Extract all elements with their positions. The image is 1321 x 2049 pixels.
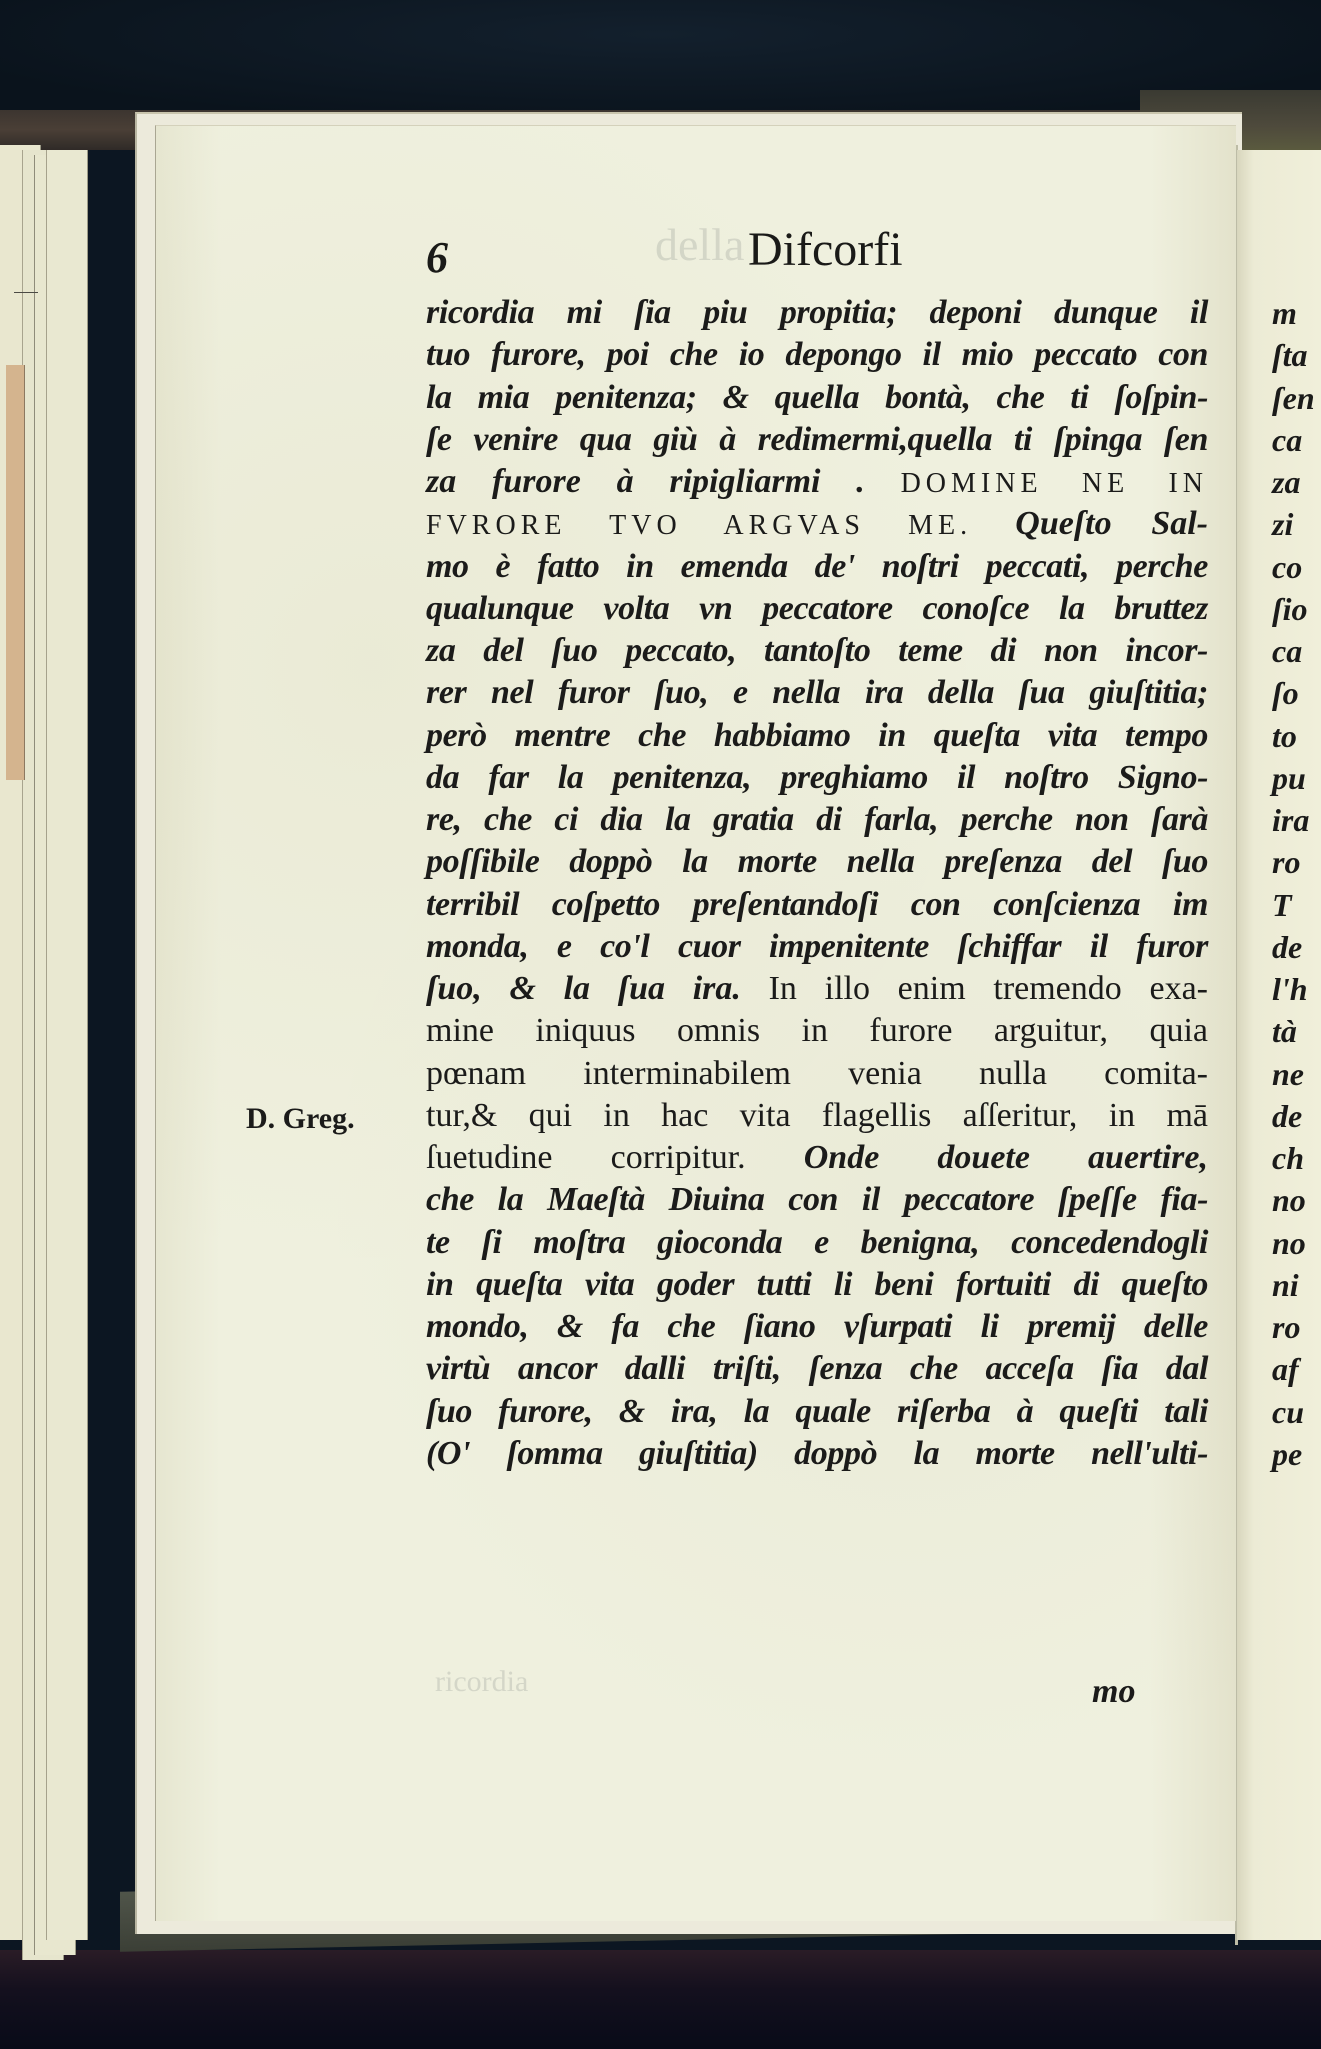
text-line: poſſibile doppò la morte nella preſenza … — [426, 841, 1208, 883]
text-line: ſe venire qua giù à redimermi,quella ti … — [426, 419, 1208, 461]
margin-note: D. Greg. — [246, 1102, 355, 1136]
text-segment: ſuetudine corripitur. — [426, 1139, 804, 1176]
text-line: za furore à ripigliarmi . DOMINE NE IN — [426, 461, 1208, 503]
text-segment: terribil coſpetto preſentandoſi con conſ… — [426, 886, 1208, 923]
text-segment: Queſto Sal- — [1015, 505, 1208, 542]
bleed-through-header: della — [655, 218, 744, 271]
facing-line-fragment: ne — [1272, 1053, 1321, 1095]
text-line: (O' ſomma giuſtitia) doppò la morte nell… — [426, 1433, 1208, 1475]
facing-line-fragment: de — [1272, 1095, 1321, 1137]
text-line: qualunque volta vn peccatore conoſce la … — [426, 588, 1208, 630]
facing-line-fragment: ca — [1272, 630, 1321, 672]
text-segment: ſe venire qua giù à redimermi,quella ti … — [426, 421, 1208, 458]
facing-line-fragment: pu — [1272, 757, 1321, 799]
text-line: tur,& qui in hac vita flagellis aſſeritu… — [426, 1095, 1208, 1137]
text-segment: mine iniquus omnis in furore arguitur, q… — [426, 1012, 1208, 1049]
text-segment: za del ſuo peccato, tantoſto teme di non… — [426, 632, 1208, 669]
text-line: tuo furore, poi che io depongo il mio pe… — [426, 334, 1208, 376]
facing-line-fragment: ch — [1272, 1137, 1321, 1179]
text-segment: FVRORE TVO ARGVAS ME. — [426, 510, 1015, 541]
facing-line-fragment: ſio — [1272, 588, 1321, 630]
text-segment: (O' ſomma giuſtitia) doppò la morte nell… — [426, 1435, 1208, 1472]
facing-line-fragment: ro — [1272, 841, 1321, 883]
page-number: 6 — [426, 232, 448, 283]
text-line: re, che ci dia la gratia di farla, perch… — [426, 799, 1208, 841]
text-segment: monda, e co'l cuor impenitente ſchiffar … — [426, 928, 1208, 965]
text-segment: mondo, & fa che ſiano vſurpati li premij… — [426, 1308, 1208, 1345]
facing-line-fragment: de — [1272, 926, 1321, 968]
facing-line-fragment: cu — [1272, 1391, 1321, 1433]
facing-line-fragment: pe — [1272, 1433, 1321, 1475]
tab-edge-line — [14, 292, 38, 293]
facing-line-fragment: T — [1272, 884, 1321, 926]
text-segment: za furore à ripigliarmi . — [426, 463, 901, 500]
text-segment: che la Maeſtà Diuina con il peccatore ſp… — [426, 1181, 1208, 1218]
text-segment: Onde douete auertire, — [804, 1139, 1208, 1176]
text-line: monda, e co'l cuor impenitente ſchiffar … — [426, 926, 1208, 968]
text-segment: poſſibile doppò la morte nella preſenza … — [426, 843, 1208, 880]
text-line: pœnam interminabilem venia nulla comita- — [426, 1053, 1208, 1095]
paper-tab-strip — [6, 365, 25, 780]
facing-page-text: mſtaſencazazicoſiocaſotopuiraroTdel'htàn… — [1272, 292, 1321, 1475]
text-segment: ricordia mi ſia piu propitia; deponi dun… — [426, 294, 1208, 331]
facing-line-fragment: ro — [1272, 1306, 1321, 1348]
text-segment: da far la penitenza, preghiamo il noſtro… — [426, 759, 1208, 796]
text-segment: in queſta vita goder tutti li beni fortu… — [426, 1266, 1208, 1303]
text-segment: te ſi moſtra gioconda e benigna, concede… — [426, 1224, 1208, 1261]
text-line: da far la penitenza, preghiamo il noſtro… — [426, 757, 1208, 799]
text-line: za del ſuo peccato, tantoſto teme di non… — [426, 630, 1208, 672]
text-line: mondo, & fa che ſiano vſurpati li premij… — [426, 1306, 1208, 1348]
text-segment: qualunque volta vn peccatore conoſce la … — [426, 590, 1208, 627]
text-segment: ſuo furore, & ira, la quale riſerba à qu… — [426, 1393, 1208, 1430]
facing-line-fragment: ſen — [1272, 377, 1321, 419]
text-line: in queſta vita goder tutti li beni fortu… — [426, 1264, 1208, 1306]
text-line: virtù ancor dalli triſti, ſenza che acce… — [426, 1348, 1208, 1390]
text-line: ſuo, & la ſua ira. In illo enim tremendo… — [426, 968, 1208, 1010]
facing-line-fragment: to — [1272, 715, 1321, 757]
facing-line-fragment: ira — [1272, 799, 1321, 841]
facing-line-fragment: zi — [1272, 503, 1321, 545]
text-segment: tur,& qui in hac vita flagellis aſſeritu… — [426, 1097, 1208, 1134]
text-line: rer nel furor ſuo, e nella ira della ſua… — [426, 672, 1208, 714]
body-text: ricordia mi ſia piu propitia; deponi dun… — [426, 292, 1208, 1475]
text-line: ſuetudine corripitur. Onde douete auerti… — [426, 1137, 1208, 1179]
facing-line-fragment: ſta — [1272, 334, 1321, 376]
text-segment: DOMINE NE IN — [901, 468, 1208, 499]
facing-line-fragment: co — [1272, 546, 1321, 588]
text-line: ſuo furore, & ira, la quale riſerba à qu… — [426, 1391, 1208, 1433]
facing-line-fragment: no — [1272, 1179, 1321, 1221]
running-head: Difcorfi — [748, 222, 903, 277]
text-segment: pœnam interminabilem venia nulla comita- — [426, 1055, 1208, 1092]
text-line: ricordia mi ſia piu propitia; deponi dun… — [426, 292, 1208, 334]
text-line: la mia penitenza; & quella bontà, che ti… — [426, 377, 1208, 419]
dark-background-top — [0, 0, 1321, 115]
facing-line-fragment: no — [1272, 1222, 1321, 1264]
text-line: mine iniquus omnis in furore arguitur, q… — [426, 1010, 1208, 1052]
text-segment: tuo furore, poi che io depongo il mio pe… — [426, 336, 1208, 373]
text-segment: rer nel furor ſuo, e nella ira della ſua… — [426, 674, 1208, 711]
facing-line-fragment: za — [1272, 461, 1321, 503]
facing-line-fragment: ca — [1272, 419, 1321, 461]
text-segment: la mia penitenza; & quella bontà, che ti… — [426, 379, 1208, 416]
text-segment: mo è fatto in emenda de' noſtri peccati,… — [426, 548, 1208, 585]
text-line: terribil coſpetto preſentandoſi con conſ… — [426, 884, 1208, 926]
text-line: che la Maeſtà Diuina con il peccatore ſp… — [426, 1179, 1208, 1221]
catchword: mo — [1092, 1673, 1135, 1711]
text-segment: In illo enim tremendo exa- — [769, 970, 1208, 1007]
bleed-through-footer: ricordia — [435, 1665, 528, 1699]
facing-line-fragment: af — [1272, 1348, 1321, 1390]
page-edge — [46, 150, 88, 1940]
text-segment: virtù ancor dalli triſti, ſenza che acce… — [426, 1350, 1208, 1387]
text-segment: ſuo, & la ſua ira. — [426, 970, 769, 1007]
text-line: però mentre che habbiamo in queſta vita … — [426, 715, 1208, 757]
facing-line-fragment: ni — [1272, 1264, 1321, 1306]
text-line: mo è fatto in emenda de' noſtri peccati,… — [426, 546, 1208, 588]
facing-line-fragment: ſo — [1272, 672, 1321, 714]
text-segment: però mentre che habbiamo in queſta vita … — [426, 717, 1208, 754]
facing-line-fragment: tà — [1272, 1010, 1321, 1052]
text-line: FVRORE TVO ARGVAS ME. Queſto Sal- — [426, 503, 1208, 545]
dark-background-bottom — [0, 1950, 1321, 2049]
facing-line-fragment: l'h — [1272, 968, 1321, 1010]
text-line: te ſi moſtra gioconda e benigna, concede… — [426, 1222, 1208, 1264]
text-segment: re, che ci dia la gratia di farla, perch… — [426, 801, 1208, 838]
facing-line-fragment: m — [1272, 292, 1321, 334]
